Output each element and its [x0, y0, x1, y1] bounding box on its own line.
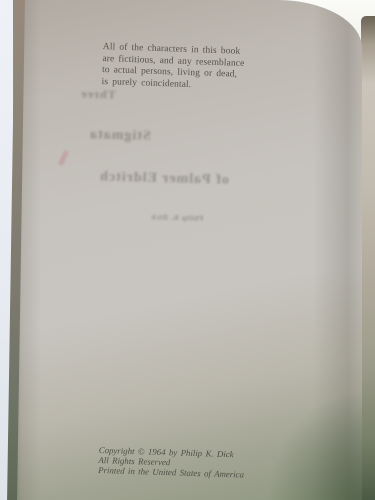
- copyright-page: All of the characters in this book are f…: [13, 0, 362, 500]
- show-through-author-line: Philip K. Dick: [148, 212, 206, 223]
- right-page-block-edge: [361, 16, 375, 500]
- show-through-title-line: Stigmata: [78, 127, 162, 145]
- book-photo: All of the characters in this book are f…: [0, 0, 375, 500]
- show-through-title-line: Three: [80, 87, 116, 103]
- disclaimer-text: All of the characters in this book are f…: [101, 42, 245, 93]
- copyright-text: Copyright © 1964 by Philip K. Dick All R…: [98, 445, 245, 480]
